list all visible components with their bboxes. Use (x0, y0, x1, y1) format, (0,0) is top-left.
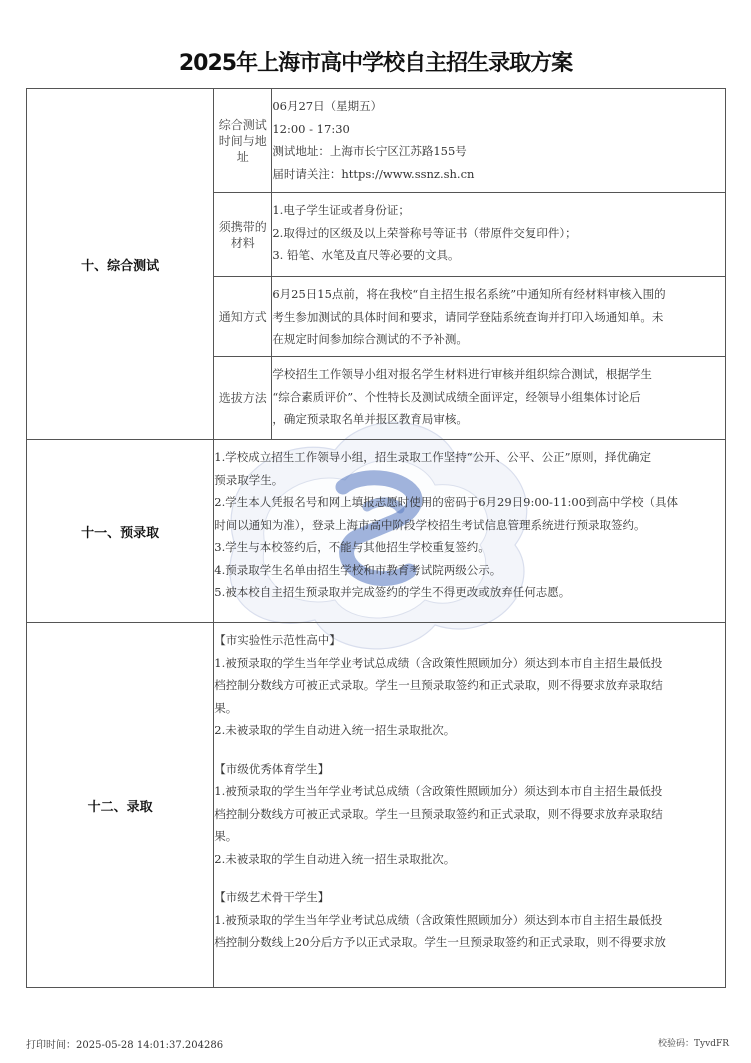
text-line: ，确定预录取名单并报区教育局审核。 (272, 408, 725, 431)
test-website-link[interactable]: 届时请关注：https://www.ssnz.sh.cn (272, 163, 725, 186)
text-line: 档控制分数线方可被正式录取。学生一旦预录取签约和正式录取，则不得要求放弃录取结 (214, 674, 725, 697)
text-line: 5.被本校自主招生预录取并完成签约的学生不得更改或放弃任何志愿。 (214, 581, 725, 604)
document-title: 2025年上海市高中学校自主招生录取方案 (0, 46, 751, 77)
text-line: “综合素质评价”、个性特长及测试成绩全面评定，经领导小组集体讨论后 (272, 386, 725, 409)
text-line: 档控制分数线方可被正式录取。学生一旦预录取签约和正式录取，则不得要求放弃录取结 (214, 803, 725, 826)
print-timestamp: 打印时间：2025-05-28 14:01:37.204286 (26, 1036, 223, 1051)
text-line: 2.学生本人凭报名号和网上填报志愿时使用的密码于6月29日9:00-11:00到… (214, 491, 725, 514)
test-time-address-content: 06月27日（星期五） 12:00 - 17:30 测试地址：上海市长宁区江苏路… (272, 89, 726, 193)
table-row: 十一、预录取 1.学校成立招生工作领导小组，招生录取工作坚持“公开、公平、公正”… (27, 440, 726, 623)
row-label-selection-method: 选拔方法 (214, 357, 272, 440)
text-line: 1.学校成立招生工作领导小组，招生录取工作坚持“公开、公平、公正”原则，择优确定 (214, 446, 725, 469)
pre-admission-content: 1.学校成立招生工作领导小组，招生录取工作坚持“公开、公平、公正”原则，择优确定… (214, 440, 726, 623)
test-date: 06月27日（星期五） (272, 95, 725, 118)
text-line: 6月25日15点前，将在我校“自主招生报名系统”中通知所有经材料审核入围的 (272, 283, 725, 306)
row-label-notification-method: 通知方式 (214, 277, 272, 357)
notification-method-content: 6月25日15点前，将在我校“自主招生报名系统”中通知所有经材料审核入围的 考生… (272, 277, 726, 357)
selection-method-content: 学校招生工作领导小组对报名学生材料进行审核并组织综合测试，根据学生 “综合素质评… (272, 357, 726, 440)
text-line: 果。 (214, 697, 725, 720)
text-line: 考生参加测试的具体时间和要求，请同学登陆系统查询并打印入场通知单。未 (272, 306, 725, 329)
material-item: 1.电子学生证或者身份证； (272, 199, 725, 222)
text-line: 3.学生与本校签约后，不能与其他招生学校重复签约。 (214, 536, 725, 559)
material-item: 3. 铅笔、水笔及直尺等必要的文具。 (272, 244, 725, 267)
section-title-pre-admission: 十一、预录取 (27, 440, 214, 623)
text-line: 在规定时间参加综合测试的不予补测。 (272, 328, 725, 351)
text-line: 1.被预录取的学生当年学业考试总成绩（含政策性照顾加分）须达到本市自主招生最低投 (214, 652, 725, 675)
text-line: 时间以通知为准），登录上海市高中阶段学校招生考试信息管理系统进行预录取签约。 (214, 514, 725, 537)
text-line: 4.预录取学生名单由招生学校和市教育考试院两级公示。 (214, 559, 725, 582)
text-line: 学校招生工作领导小组对报名学生材料进行审核并组织综合测试，根据学生 (272, 363, 725, 386)
test-address: 测试地址：上海市长宁区江苏路155号 (272, 140, 725, 163)
group-heading-experimental-high-school: 【市实验性示范性高中】 (214, 629, 725, 652)
row-label-required-materials: 须携带的材料 (214, 193, 272, 277)
admission-plan-table: 十、综合测试 综合测试时间与地址 06月27日（星期五） 12:00 - 17:… (26, 88, 726, 988)
text-line: 2.未被录取的学生自动进入统一招生录取批次。 (214, 719, 725, 742)
verification-code: 校验码：TyvdFR (658, 1036, 729, 1049)
group-heading-sports-students: 【市级优秀体育学生】 (214, 758, 725, 781)
spacer (214, 742, 725, 758)
section-title-admission: 十二、录取 (27, 623, 214, 988)
group-heading-art-students: 【市级艺术骨干学生】 (214, 886, 725, 909)
required-materials-content: 1.电子学生证或者身份证； 2.取得过的区级及以上荣誉称号等证书（带原件交复印件… (272, 193, 726, 277)
text-line: 档控制分数线上20分后方予以正式录取。学生一旦预录取签约和正式录取，则不得要求放 (214, 931, 725, 954)
text-line: 1.被预录取的学生当年学业考试总成绩（含政策性照顾加分）须达到本市自主招生最低投 (214, 780, 725, 803)
row-label-test-time-address: 综合测试时间与地址 (214, 89, 272, 193)
table-row: 十二、录取 【市实验性示范性高中】 1.被预录取的学生当年学业考试总成绩（含政策… (27, 623, 726, 988)
admission-content: 【市实验性示范性高中】 1.被预录取的学生当年学业考试总成绩（含政策性照顾加分）… (214, 623, 726, 988)
spacer (214, 870, 725, 886)
table-row: 十、综合测试 综合测试时间与地址 06月27日（星期五） 12:00 - 17:… (27, 89, 726, 193)
section-title-comprehensive-test: 十、综合测试 (27, 89, 214, 440)
test-time: 12:00 - 17:30 (272, 118, 725, 141)
text-line: 预录取学生。 (214, 469, 725, 492)
text-line: 2.未被录取的学生自动进入统一招生录取批次。 (214, 848, 725, 871)
text-line: 果。 (214, 825, 725, 848)
text-line: 1.被预录取的学生当年学业考试总成绩（含政策性照顾加分）须达到本市自主招生最低投 (214, 909, 725, 932)
material-item: 2.取得过的区级及以上荣誉称号等证书（带原件交复印件）； (272, 222, 725, 245)
